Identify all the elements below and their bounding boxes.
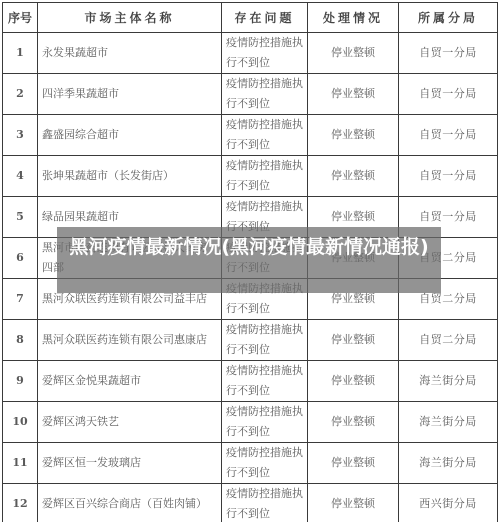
row-bureau: 自贸一分局 xyxy=(399,33,498,74)
row-no: 9 xyxy=(3,361,38,402)
row-action: 停业整顿 xyxy=(308,115,399,156)
header-bureau: 所属分局 xyxy=(399,3,498,33)
row-action: 停业整顿 xyxy=(308,484,399,522)
header-issue: 存在问题 xyxy=(222,3,308,33)
row-bureau: 海兰街分局 xyxy=(399,402,498,443)
table-row: 9 爱辉区金悦果蔬超市 疫情防控措施执行不到位 停业整顿 海兰街分局 xyxy=(3,361,498,402)
row-name: 四洋季果蔬超市 xyxy=(38,74,222,115)
row-issue: 疫情防控措施执行不到位 xyxy=(222,115,308,156)
row-name: 鑫盛园综合超市 xyxy=(38,115,222,156)
row-bureau: 自贸一分局 xyxy=(399,115,498,156)
row-name: 爱辉区金悦果蔬超市 xyxy=(38,361,222,402)
table-header-row: 序号 市场主体名称 存在问题 处理情况 所属分局 xyxy=(3,3,498,33)
row-name: 爱辉区恒一发玻璃店 xyxy=(38,443,222,484)
row-bureau: 西兴街分局 xyxy=(399,484,498,522)
table-row: 1 永发果蔬超市 疫情防控措施执行不到位 停业整顿 自贸一分局 xyxy=(3,33,498,74)
table-row: 8 黑河众联医药连锁有限公司惠康店 疫情防控措施执行不到位 停业整顿 自贸二分局 xyxy=(3,320,498,361)
row-name: 永发果蔬超市 xyxy=(38,33,222,74)
row-bureau: 海兰街分局 xyxy=(399,443,498,484)
row-issue: 疫情防控措施执行不到位 xyxy=(222,74,308,115)
row-action: 停业整顿 xyxy=(308,402,399,443)
row-no: 5 xyxy=(3,197,38,238)
row-action: 停业整顿 xyxy=(308,74,399,115)
table-row: 11 爱辉区恒一发玻璃店 疫情防控措施执行不到位 停业整顿 海兰街分局 xyxy=(3,443,498,484)
row-no: 2 xyxy=(3,74,38,115)
row-action: 停业整顿 xyxy=(308,361,399,402)
row-bureau: 自贸二分局 xyxy=(399,320,498,361)
table-row: 3 鑫盛园综合超市 疫情防控措施执行不到位 停业整顿 自贸一分局 xyxy=(3,115,498,156)
row-no: 11 xyxy=(3,443,38,484)
row-no: 6 xyxy=(3,238,38,279)
row-no: 7 xyxy=(3,279,38,320)
row-action: 停业整顿 xyxy=(308,320,399,361)
row-bureau: 自贸一分局 xyxy=(399,74,498,115)
row-name: 爱辉区鸿天铁艺 xyxy=(38,402,222,443)
table-row: 4 张坤果蔬超市（长发街店） 疫情防控措施执行不到位 停业整顿 自贸一分局 xyxy=(3,156,498,197)
row-action: 停业整顿 xyxy=(308,443,399,484)
header-action: 处理情况 xyxy=(308,3,399,33)
row-no: 1 xyxy=(3,33,38,74)
header-name: 市场主体名称 xyxy=(38,3,222,33)
row-no: 10 xyxy=(3,402,38,443)
header-no: 序号 xyxy=(3,3,38,33)
row-name: 爱辉区百兴综合商店（百姓肉铺） xyxy=(38,484,222,522)
row-issue: 疫情防控措施执行不到位 xyxy=(222,156,308,197)
row-no: 3 xyxy=(3,115,38,156)
row-issue: 疫情防控措施执行不到位 xyxy=(222,443,308,484)
row-issue: 疫情防控措施执行不到位 xyxy=(222,361,308,402)
document-page: 序号 市场主体名称 存在问题 处理情况 所属分局 1 永发果蔬超市 疫情防控措施… xyxy=(0,0,500,522)
row-issue: 疫情防控措施执行不到位 xyxy=(222,320,308,361)
row-issue: 疫情防控措施执行不到位 xyxy=(222,402,308,443)
row-issue: 疫情防控措施执行不到位 xyxy=(222,484,308,522)
row-no: 4 xyxy=(3,156,38,197)
row-no: 12 xyxy=(3,484,38,522)
row-action: 停业整顿 xyxy=(308,33,399,74)
title-overlay-banner: 黑河疫情最新情况(黑河疫情最新情况通报) xyxy=(57,227,441,293)
table-row: 12 爱辉区百兴综合商店（百姓肉铺） 疫情防控措施执行不到位 停业整顿 西兴街分… xyxy=(3,484,498,522)
table-row: 10 爱辉区鸿天铁艺 疫情防控措施执行不到位 停业整顿 海兰街分局 xyxy=(3,402,498,443)
row-name: 张坤果蔬超市（长发街店） xyxy=(38,156,222,197)
row-issue: 疫情防控措施执行不到位 xyxy=(222,33,308,74)
row-action: 停业整顿 xyxy=(308,156,399,197)
row-name: 黑河众联医药连锁有限公司惠康店 xyxy=(38,320,222,361)
row-no: 8 xyxy=(3,320,38,361)
row-bureau: 自贸一分局 xyxy=(399,156,498,197)
row-bureau: 海兰街分局 xyxy=(399,361,498,402)
table-row: 2 四洋季果蔬超市 疫情防控措施执行不到位 停业整顿 自贸一分局 xyxy=(3,74,498,115)
